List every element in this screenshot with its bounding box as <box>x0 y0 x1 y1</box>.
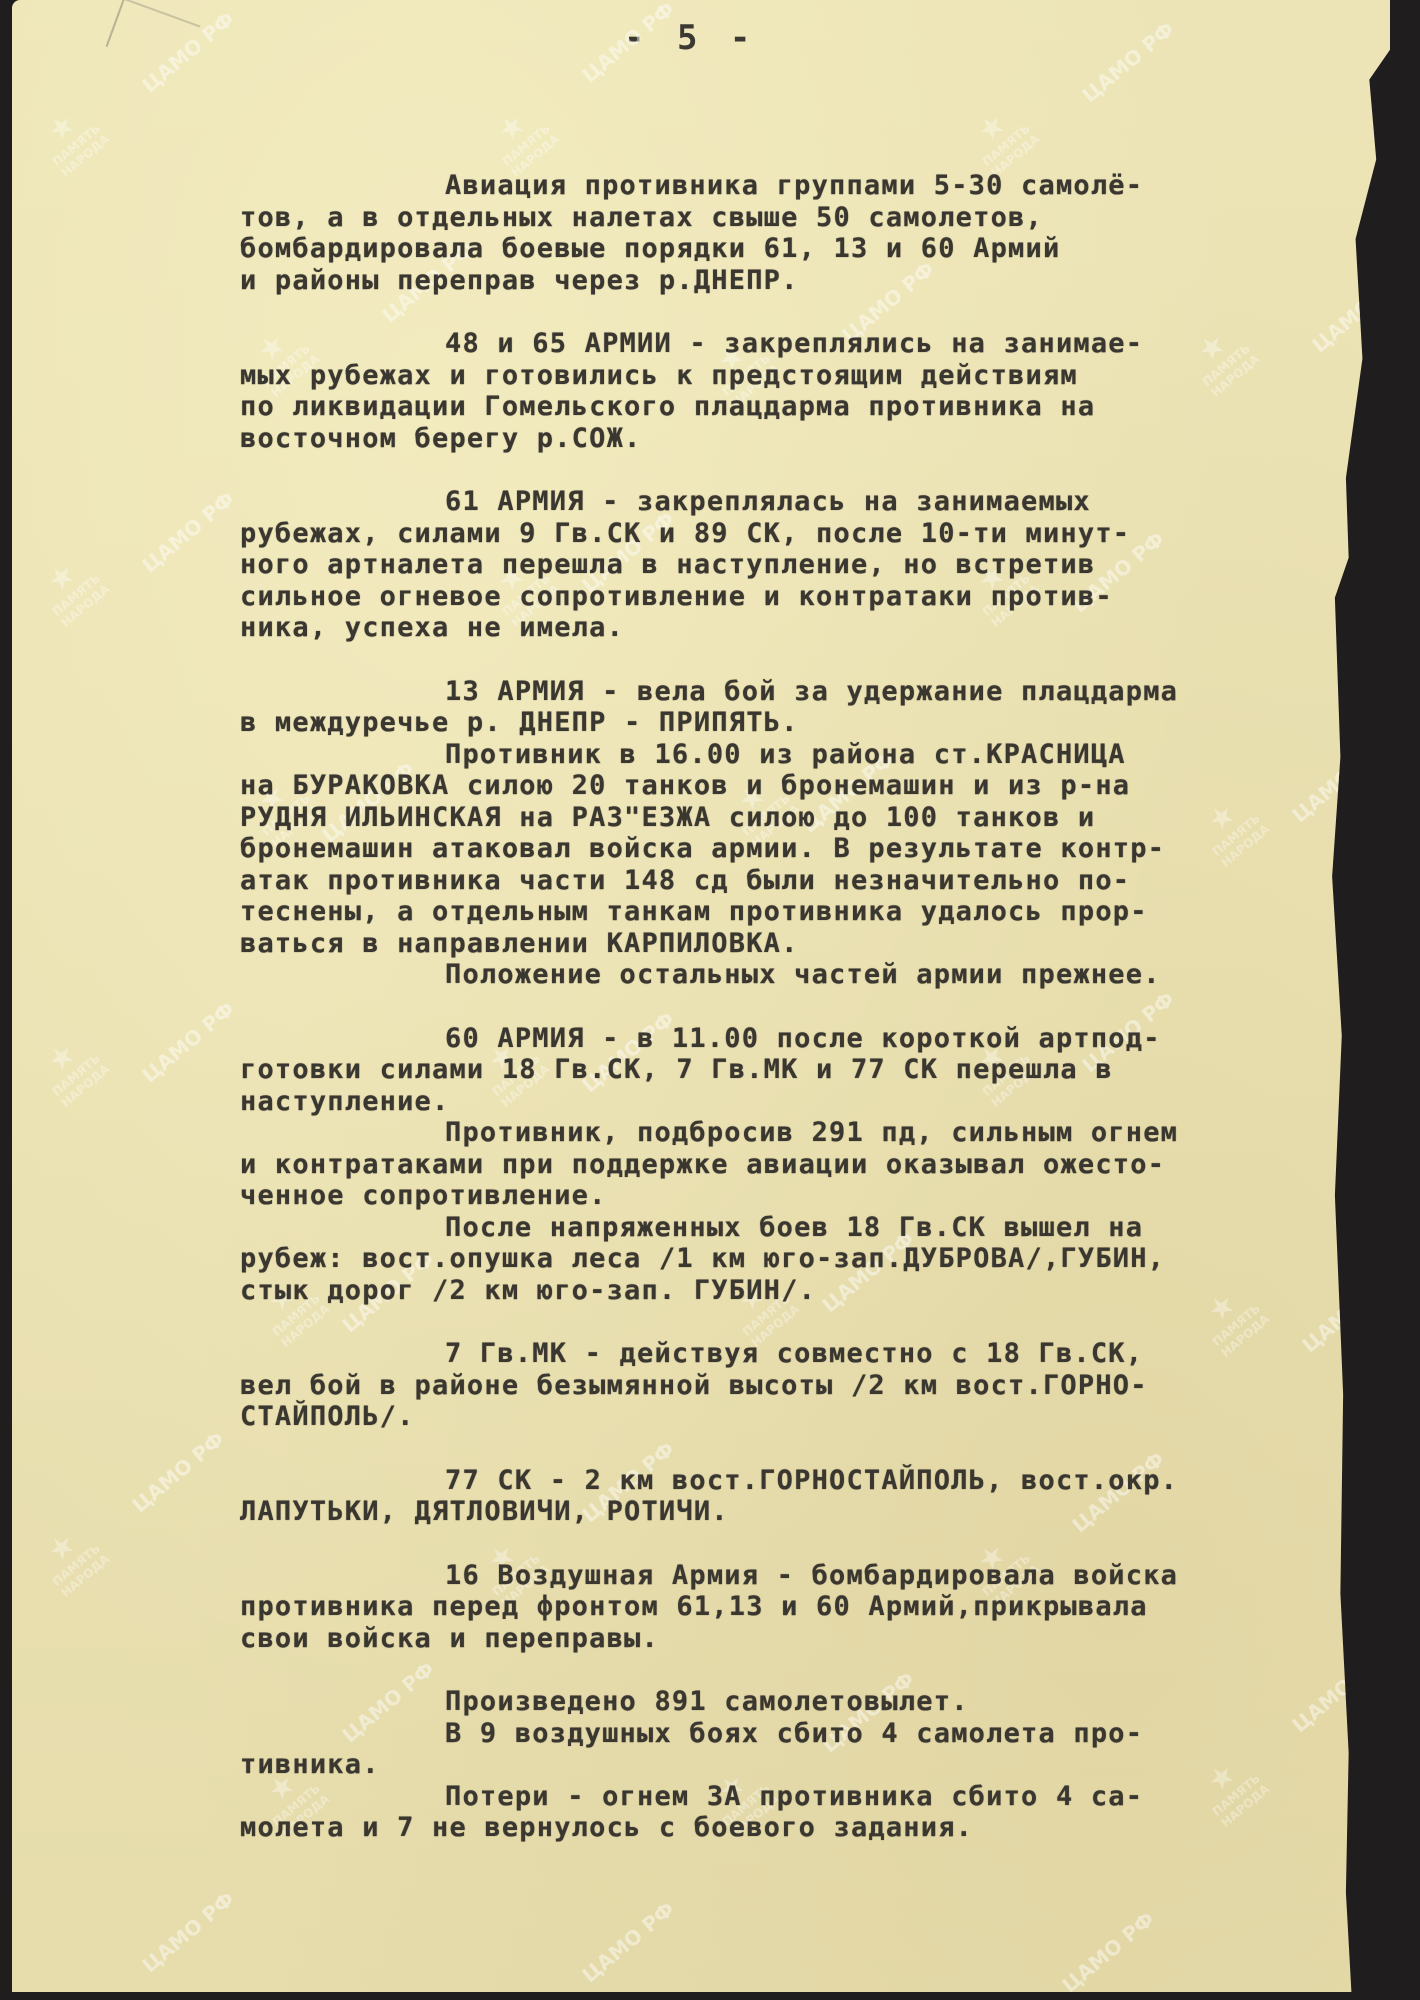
text-line: теснены, а отдельным танкам противника у… <box>240 896 1320 928</box>
text-line: ного артналета перешла в наступление, но… <box>240 549 1320 581</box>
archive-watermark: ЦАМО РФ <box>127 1427 229 1518</box>
star-icon: ★ <box>30 98 94 158</box>
archive-watermark: ЦАМО РФ <box>1077 17 1179 108</box>
text-line: 61 АРМИЯ - закреплялась на занимаемых <box>240 486 1320 518</box>
text-line: противника перед фронтом 61,13 и 60 Арми… <box>240 1591 1320 1623</box>
star-icon: ★ <box>30 1518 94 1578</box>
text-line: Потери - огнем ЗА противника сбито 4 са- <box>240 1781 1320 1813</box>
text-line: и районы переправ через р.ДНЕПР. <box>240 265 1320 297</box>
report-body: Авиация противника группами 5-30 самолё-… <box>240 170 1320 1876</box>
pencil-mark <box>106 0 201 74</box>
text-line: бомбардировала боевые порядки 61, 13 и 6… <box>240 233 1320 265</box>
memory-watermark: ★ПАМЯТЬНАРОДА <box>30 1028 112 1110</box>
archive-watermark: ЦАМО РФ <box>137 487 239 578</box>
text-line: Положение остальных частей армии прежнее… <box>240 959 1320 991</box>
archive-watermark: ЦАМО РФ <box>137 1887 239 1978</box>
paragraph-air-stats: Произведено 891 самолетовылет.В 9 воздуш… <box>240 1686 1320 1844</box>
text-line: тивника. <box>240 1749 1320 1781</box>
archive-watermark: ЦАМО РФ <box>577 1897 679 1988</box>
paragraph-enemy-aviation: Авиация противника группами 5-30 самолё-… <box>240 170 1320 296</box>
paragraph-army-13: 13 АРМИЯ - вела бой за удержание плацдар… <box>240 676 1320 991</box>
text-line: 16 Воздушная Армия - бомбардировала войс… <box>240 1560 1320 1592</box>
text-line: рубеж: вост.опушка леса /1 км юго-зап.ДУ… <box>240 1243 1320 1275</box>
text-line: стык дорог /2 км юго-зап. ГУБИН/. <box>240 1275 1320 1307</box>
archive-watermark: ЦАМО РФ <box>1057 1907 1159 1998</box>
text-line: в междуречье р. ДНЕПР - ПРИПЯТЬ. <box>240 707 1320 739</box>
paragraph-gv-mk-7: 7 Гв.МК - действуя совместно с 18 Гв.СК,… <box>240 1338 1320 1433</box>
page-number: - 5 - <box>624 18 756 58</box>
text-line: бронемашин атаковал войска армии. В резу… <box>240 833 1320 865</box>
text-line: и контратаками при поддержке авиации ока… <box>240 1149 1320 1181</box>
memory-watermark: ★ПАМЯТЬНАРОДА <box>960 98 1042 180</box>
text-line: Противник в 16.00 из района ст.КРАСНИЦА <box>240 739 1320 771</box>
text-line: Авиация противника группами 5-30 самолё- <box>240 170 1320 202</box>
text-line: Противник, подбросив 291 пд, сильным огн… <box>240 1117 1320 1149</box>
text-line: молета и 7 не вернулось с боевого задани… <box>240 1812 1320 1844</box>
star-icon: ★ <box>30 1028 94 1088</box>
text-line: тов, а в отдельных налетах свыше 50 само… <box>240 202 1320 234</box>
text-line: по ликвидации Гомельского плацдарма прот… <box>240 391 1320 423</box>
text-line: 77 СК - 2 км вост.ГОРНОСТАЙПОЛЬ, вост.ок… <box>240 1465 1320 1497</box>
text-line: 60 АРМИЯ - в 11.00 после короткой артпод… <box>240 1023 1320 1055</box>
text-line: сильное огневое сопротивление и контрата… <box>240 581 1320 613</box>
text-line: ника, успеха не имела. <box>240 612 1320 644</box>
archive-watermark: ЦАМО РФ <box>1307 267 1409 358</box>
paragraph-sk-77: 77 СК - 2 км вост.ГОРНОСТАЙПОЛЬ, вост.ок… <box>240 1465 1320 1528</box>
memory-watermark: ★ПАМЯТЬНАРОДА <box>480 98 562 180</box>
memory-watermark: ★ПАМЯТЬНАРОДА <box>30 1518 112 1600</box>
paragraph-armies-48-65: 48 и 65 АРМИИ - закреплялись на занимае-… <box>240 328 1320 454</box>
text-line: СТАЙПОЛЬ/. <box>240 1401 1320 1433</box>
memory-watermark: ★ПАМЯТЬНАРОДА <box>30 548 112 630</box>
paragraph-army-60: 60 АРМИЯ - в 11.00 после короткой артпод… <box>240 1023 1320 1307</box>
document-page: - 5 - ЦАМО РФЦАМО РФЦАМО РФЦАМО РФЦАМО Р… <box>12 0 1390 1992</box>
text-line: ЛАПУТЬКИ, ДЯТЛОВИЧИ, РОТИЧИ. <box>240 1496 1320 1528</box>
memory-watermark: ★ПАМЯТЬНАРОДА <box>30 98 112 180</box>
text-line: В 9 воздушных боях сбито 4 самолета про- <box>240 1718 1320 1750</box>
archive-watermark: ЦАМО РФ <box>137 997 239 1088</box>
star-icon: ★ <box>30 548 94 608</box>
text-line: РУДНЯ ИЛЬИНСКАЯ на РАЗ"ЕЗЖА силою до 100… <box>240 802 1320 834</box>
text-line: готовки силами 18 Гв.СК, 7 Гв.МК и 77 СК… <box>240 1054 1320 1086</box>
text-line: После напряженных боев 18 Гв.СК вышел на <box>240 1212 1320 1244</box>
star-icon: ★ <box>960 98 1024 158</box>
text-line: восточном берегу р.СОЖ. <box>240 423 1320 455</box>
paragraph-air-army-16: 16 Воздушная Армия - бомбардировала войс… <box>240 1560 1320 1655</box>
text-line: рубежах, силами 9 Гв.СК и 89 СК, после 1… <box>240 518 1320 550</box>
text-line: 48 и 65 АРМИИ - закреплялись на занимае- <box>240 328 1320 360</box>
text-line: 13 АРМИЯ - вела бой за удержание плацдар… <box>240 676 1320 708</box>
text-line: вел бой в районе безымянной высоты /2 км… <box>240 1370 1320 1402</box>
text-line: мых рубежах и готовились к предстоящим д… <box>240 360 1320 392</box>
text-line: свои войска и переправы. <box>240 1623 1320 1655</box>
paragraph-army-61: 61 АРМИЯ - закреплялась на занимаемыхруб… <box>240 486 1320 644</box>
text-line: на БУРАКОВКА силою 20 танков и бронемаши… <box>240 770 1320 802</box>
text-line: ченное сопротивление. <box>240 1180 1320 1212</box>
text-line: Произведено 891 самолетовылет. <box>240 1686 1320 1718</box>
text-line: ваться в направлении КАРПИЛОВКА. <box>240 928 1320 960</box>
ink-blot <box>1375 1005 1387 1057</box>
star-icon: ★ <box>480 98 544 158</box>
text-line: 7 Гв.МК - действуя совместно с 18 Гв.СК, <box>240 1338 1320 1370</box>
text-line: атак противника части 148 сд были незнач… <box>240 865 1320 897</box>
text-line: наступление. <box>240 1086 1320 1118</box>
